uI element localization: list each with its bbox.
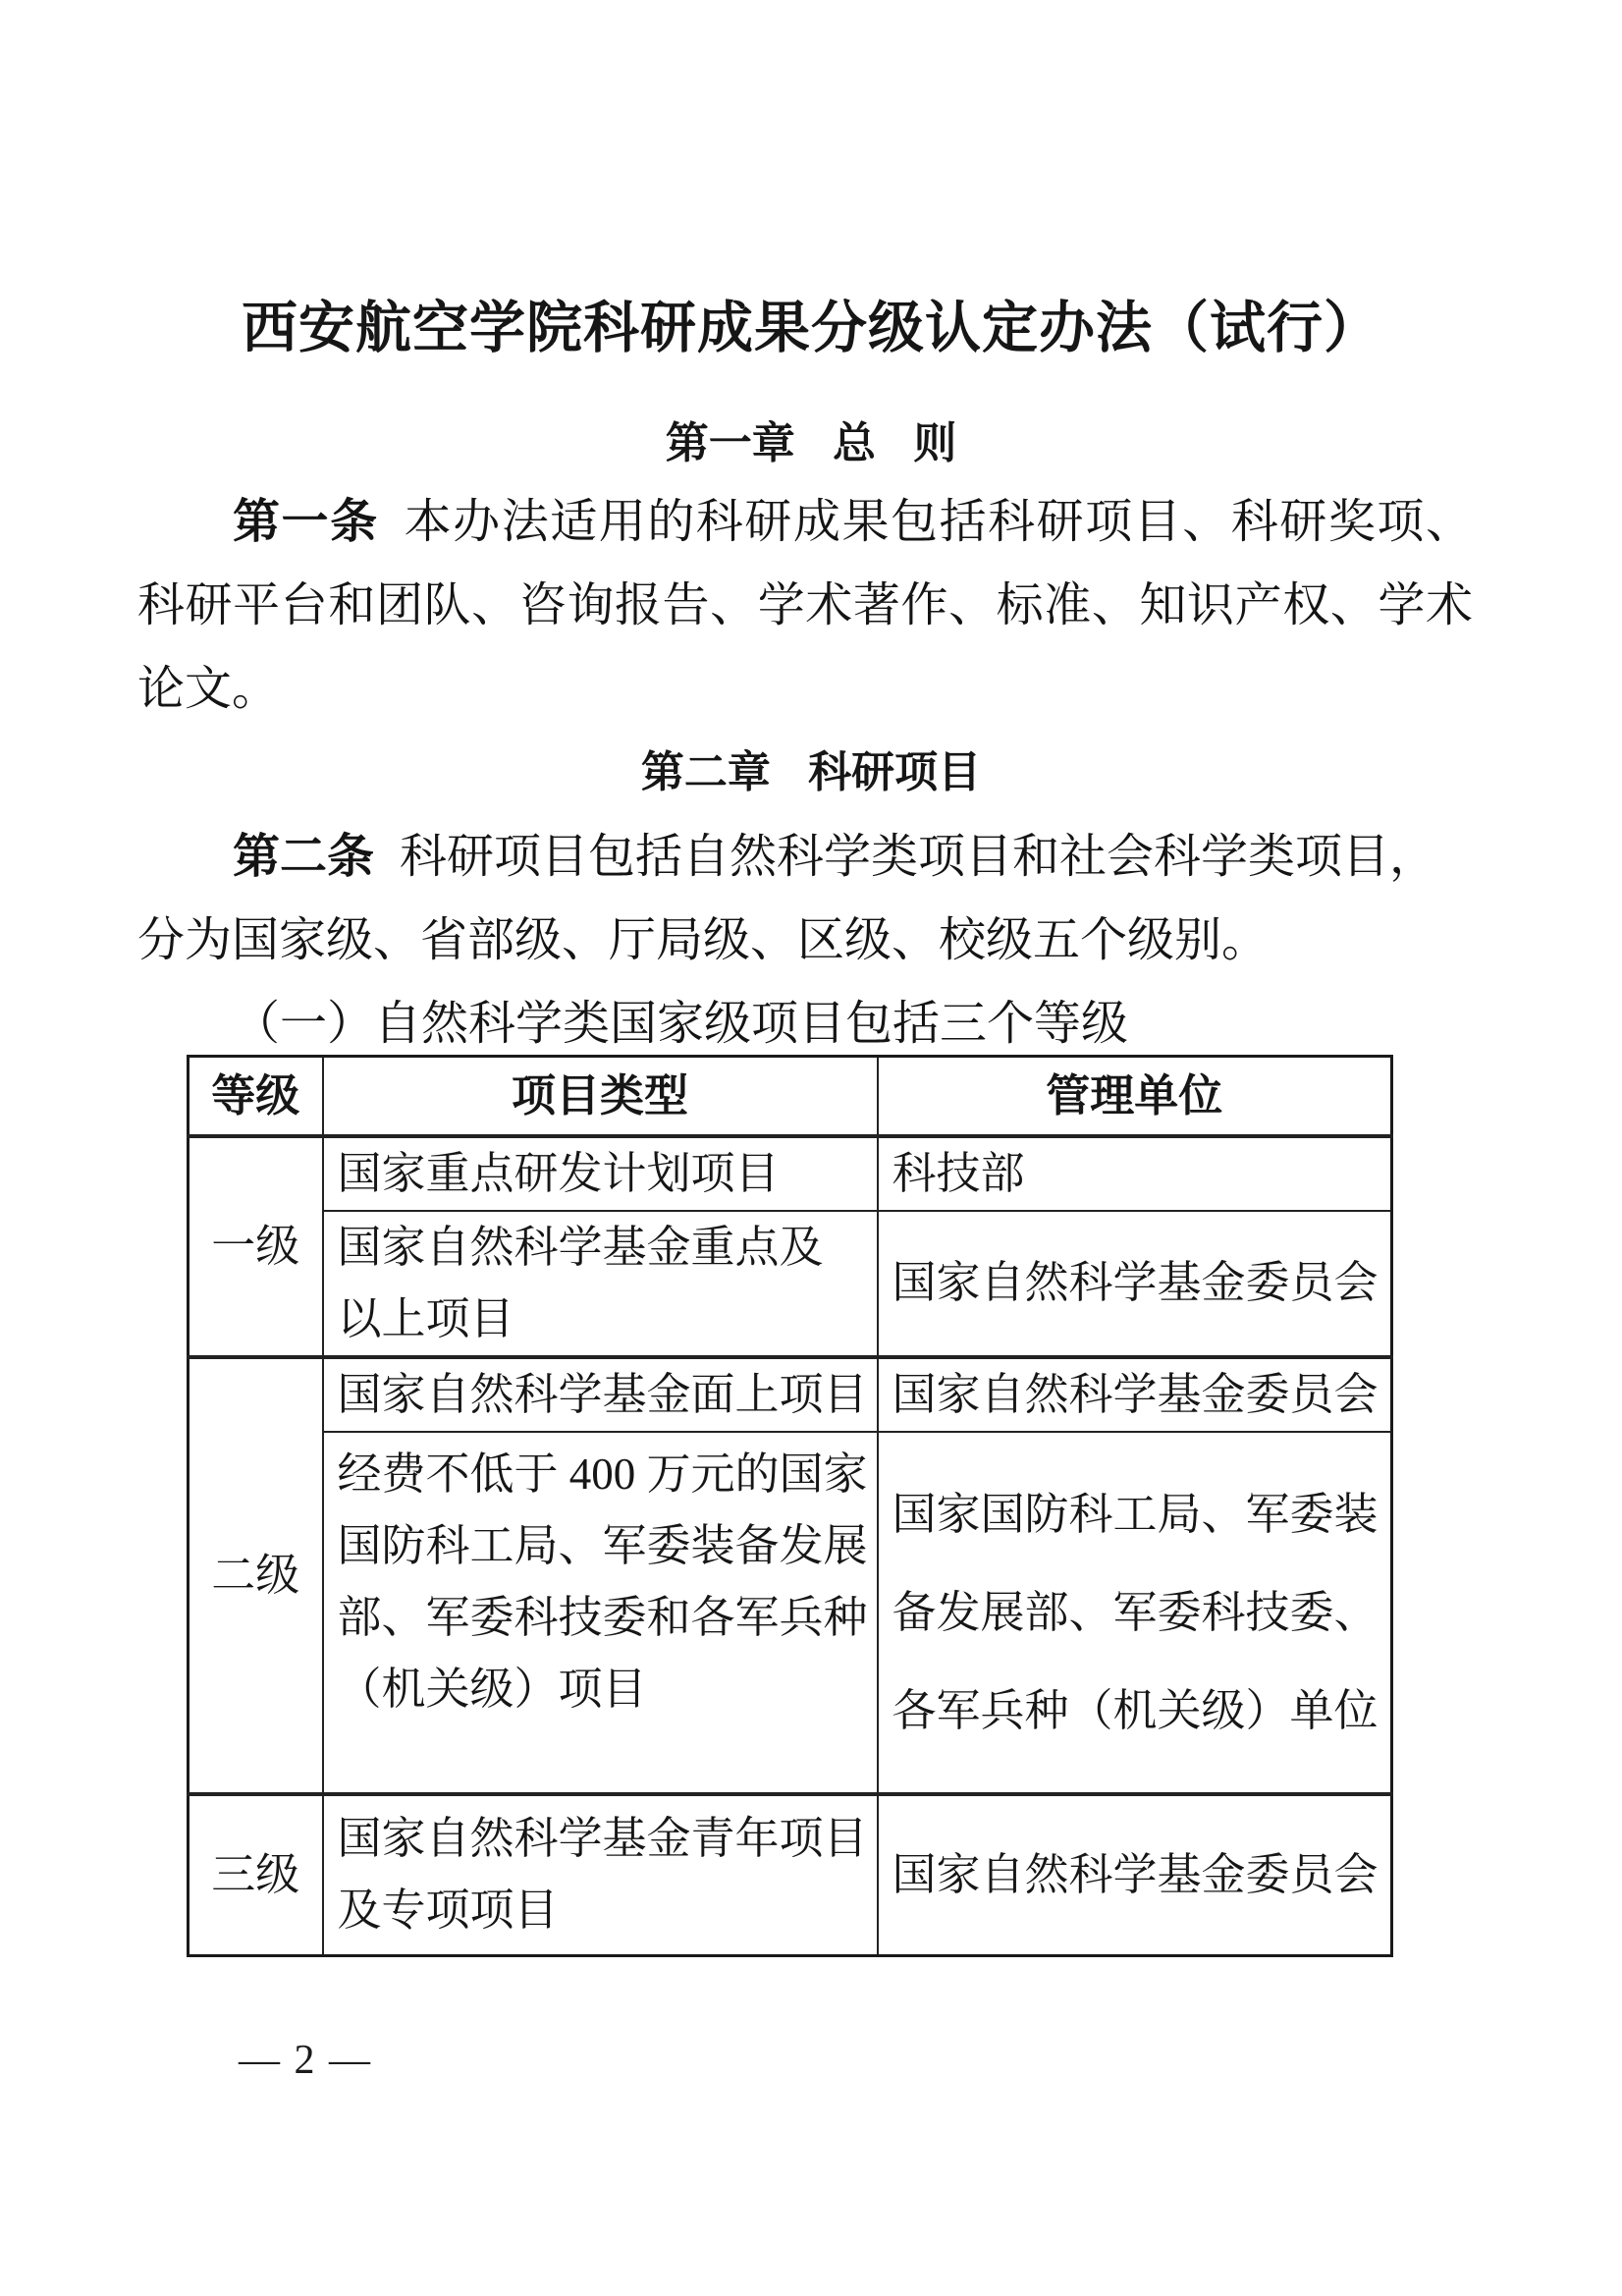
level-cell-grade1: 一级 — [189, 1136, 323, 1357]
table-header-row: 等级 项目类型 管理单位 — [189, 1057, 1392, 1136]
table-row: 一级 国家重点研发计划项目 科技部 — [189, 1136, 1392, 1211]
level-cell-grade3: 三级 — [189, 1794, 323, 1956]
grade-table: 等级 项目类型 管理单位 一级 国家重点研发计划项目 科技部 国家自然科学基金重… — [187, 1055, 1393, 1957]
unit-cell: 国家国防科工局、军委装备发展部、军委科技委、各军兵种（机关级）单位 — [878, 1432, 1392, 1794]
article-1-paragraph: 第一条本办法适用的科研成果包括科研项目、科研奖项、科研平台和团队、咨询报告、学术… — [137, 480, 1473, 731]
table-row: 国家自然科学基金重点及 以上项目 国家自然科学基金委员会 — [189, 1211, 1392, 1357]
unit-cell: 国家自然科学基金委员会 — [878, 1211, 1392, 1357]
type-cell: 国家重点研发计划项目 — [323, 1136, 878, 1211]
table-row: 三级 国家自然科学基金青年项目及专项项目 国家自然科学基金委员会 — [189, 1794, 1392, 1956]
type-cell: 国家自然科学基金重点及 以上项目 — [323, 1211, 878, 1357]
article-2-label: 第二条 — [233, 831, 374, 883]
header-level: 等级 — [189, 1057, 323, 1136]
document-page: 西安航空学院科研成果分级认定办法（试行） 第一章 总 则 第一条本办法适用的科研… — [0, 0, 1622, 2296]
type-cell: 国家自然科学基金青年项目及专项项目 — [323, 1794, 878, 1956]
unit-cell: 科技部 — [878, 1136, 1392, 1211]
header-unit: 管理单位 — [878, 1057, 1392, 1136]
chapter-1-heading: 第一章 总 则 — [0, 412, 1622, 475]
article-2-paragraph: 第二条科研项目包括自然科学类项目和社会科学类项目，分为国家级、省部级、厅局级、区… — [137, 815, 1473, 982]
level-cell-grade2: 二级 — [189, 1357, 323, 1794]
type-cell: 经费不低于 400 万元的国家国防科工局、军委装备发展部、军委科技委和各军兵种（… — [323, 1432, 878, 1794]
document-title: 西安航空学院科研成果分级认定办法（试行） — [0, 295, 1622, 363]
type-cell: 国家自然科学基金面上项目 — [323, 1357, 878, 1432]
article-1-label: 第一条 — [233, 496, 379, 548]
unit-cell: 国家自然科学基金委员会 — [878, 1357, 1392, 1432]
list-item-1: （一）自然科学类国家级项目包括三个等级 — [137, 982, 1473, 1066]
chapter-2-heading: 第二章 科研项目 — [0, 741, 1622, 804]
unit-cell: 国家自然科学基金委员会 — [878, 1794, 1392, 1956]
table-row: 经费不低于 400 万元的国家国防科工局、军委装备发展部、军委科技委和各军兵种（… — [189, 1432, 1392, 1794]
page-number: — 2 — — [239, 2033, 372, 2088]
table-row: 二级 国家自然科学基金面上项目 国家自然科学基金委员会 — [189, 1357, 1392, 1432]
header-type: 项目类型 — [323, 1057, 878, 1136]
